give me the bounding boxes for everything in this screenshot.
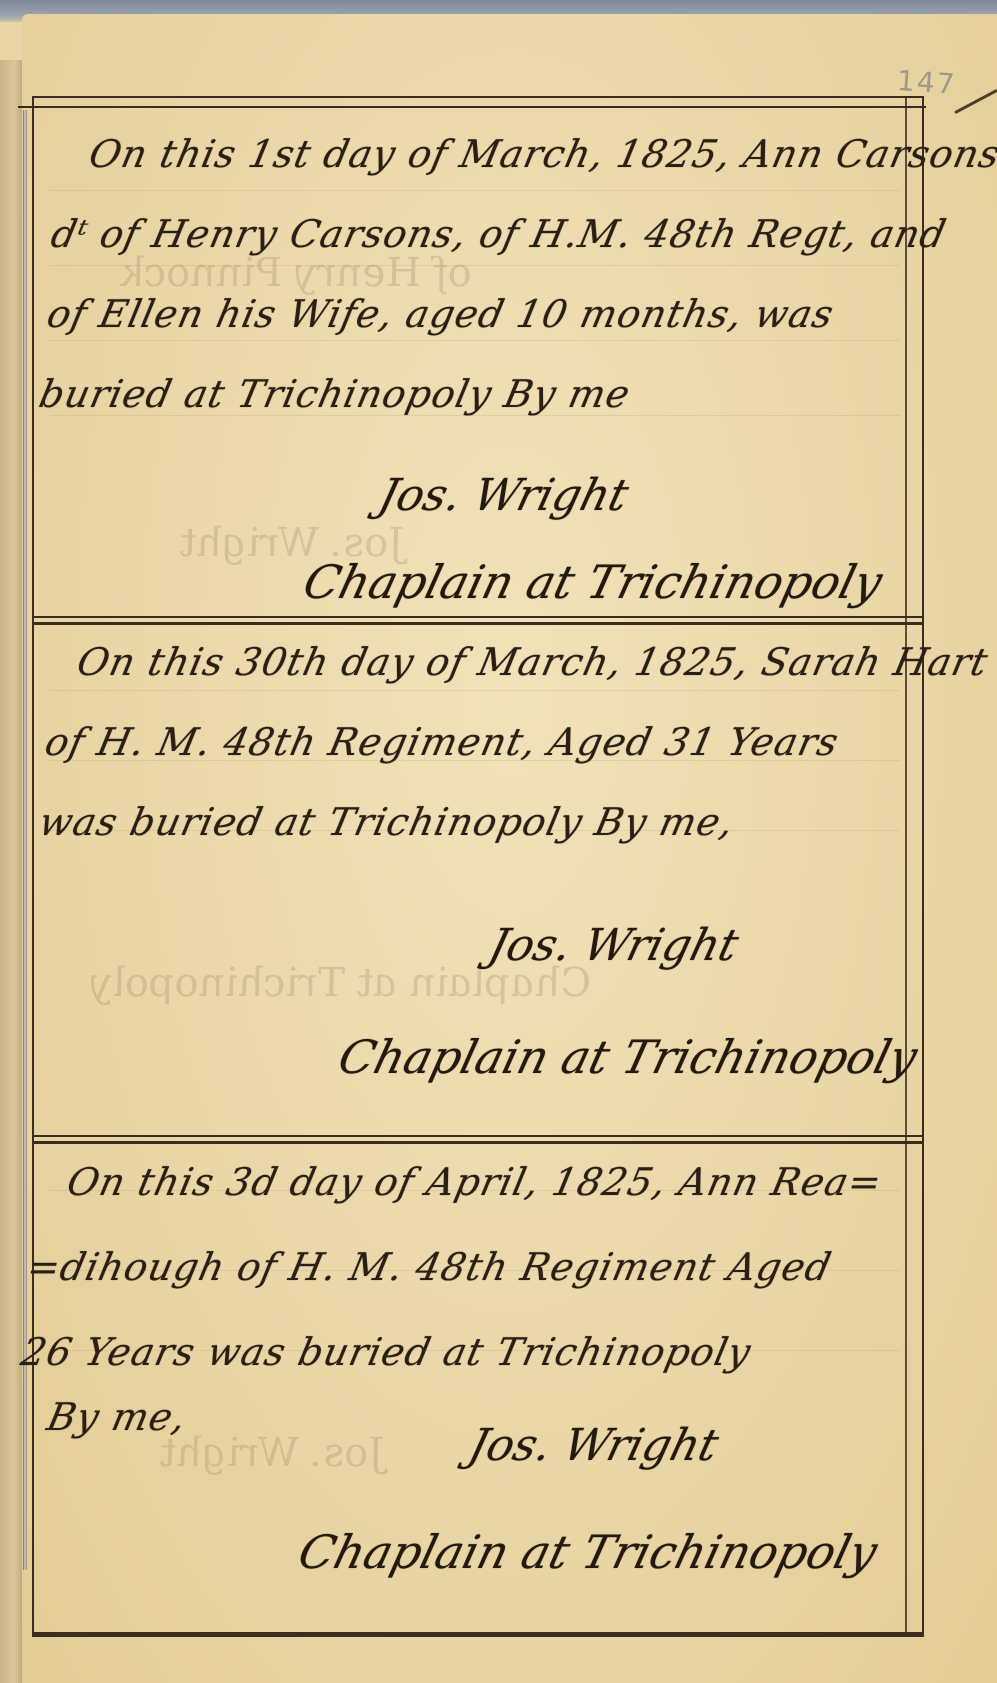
chaplain-signature: Jos. Wright [374,470,634,521]
chaplain-signature: Jos. Wright [484,920,744,971]
entry-line: buried at Trichinopoly By me [35,372,634,416]
entry-line: of Ellen his Wife, aged 10 months, was [43,292,838,336]
entry-line: On this 3d day of April, 1825, Ann Rea= [63,1160,886,1204]
chaplain-signature: Jos. Wright [464,1420,724,1471]
entry-line: =dihough of H. M. 48th Regiment Aged [23,1245,835,1289]
entry-line: By me, [43,1395,190,1439]
previous-page-edge [0,60,24,1683]
entry-line: of H. M. 48th Regiment, Aged 31 Years [41,720,843,764]
frame-rule [905,96,907,1637]
chaplain-title: Chaplain at Trichinopoly [293,1525,882,1579]
entry-line: On this 1st day of March, 1825, Ann Cars… [85,132,997,176]
entry-divider [32,1135,922,1144]
entry-line: 26 Years was buried at Trichinopoly [17,1330,755,1374]
entry-divider [32,616,922,625]
entry-line: was buried at Trichinopoly By me, [35,800,738,844]
chaplain-title: Chaplain at Trichinopoly [333,1030,922,1084]
entry-line: On this 30th day of March, 1825, Sarah H… [73,640,992,684]
chaplain-title: Chaplain at Trichinopoly [298,555,887,609]
entry-line: dᵗ of Henry Carsons, of H.M. 48th Regt, … [47,212,950,256]
